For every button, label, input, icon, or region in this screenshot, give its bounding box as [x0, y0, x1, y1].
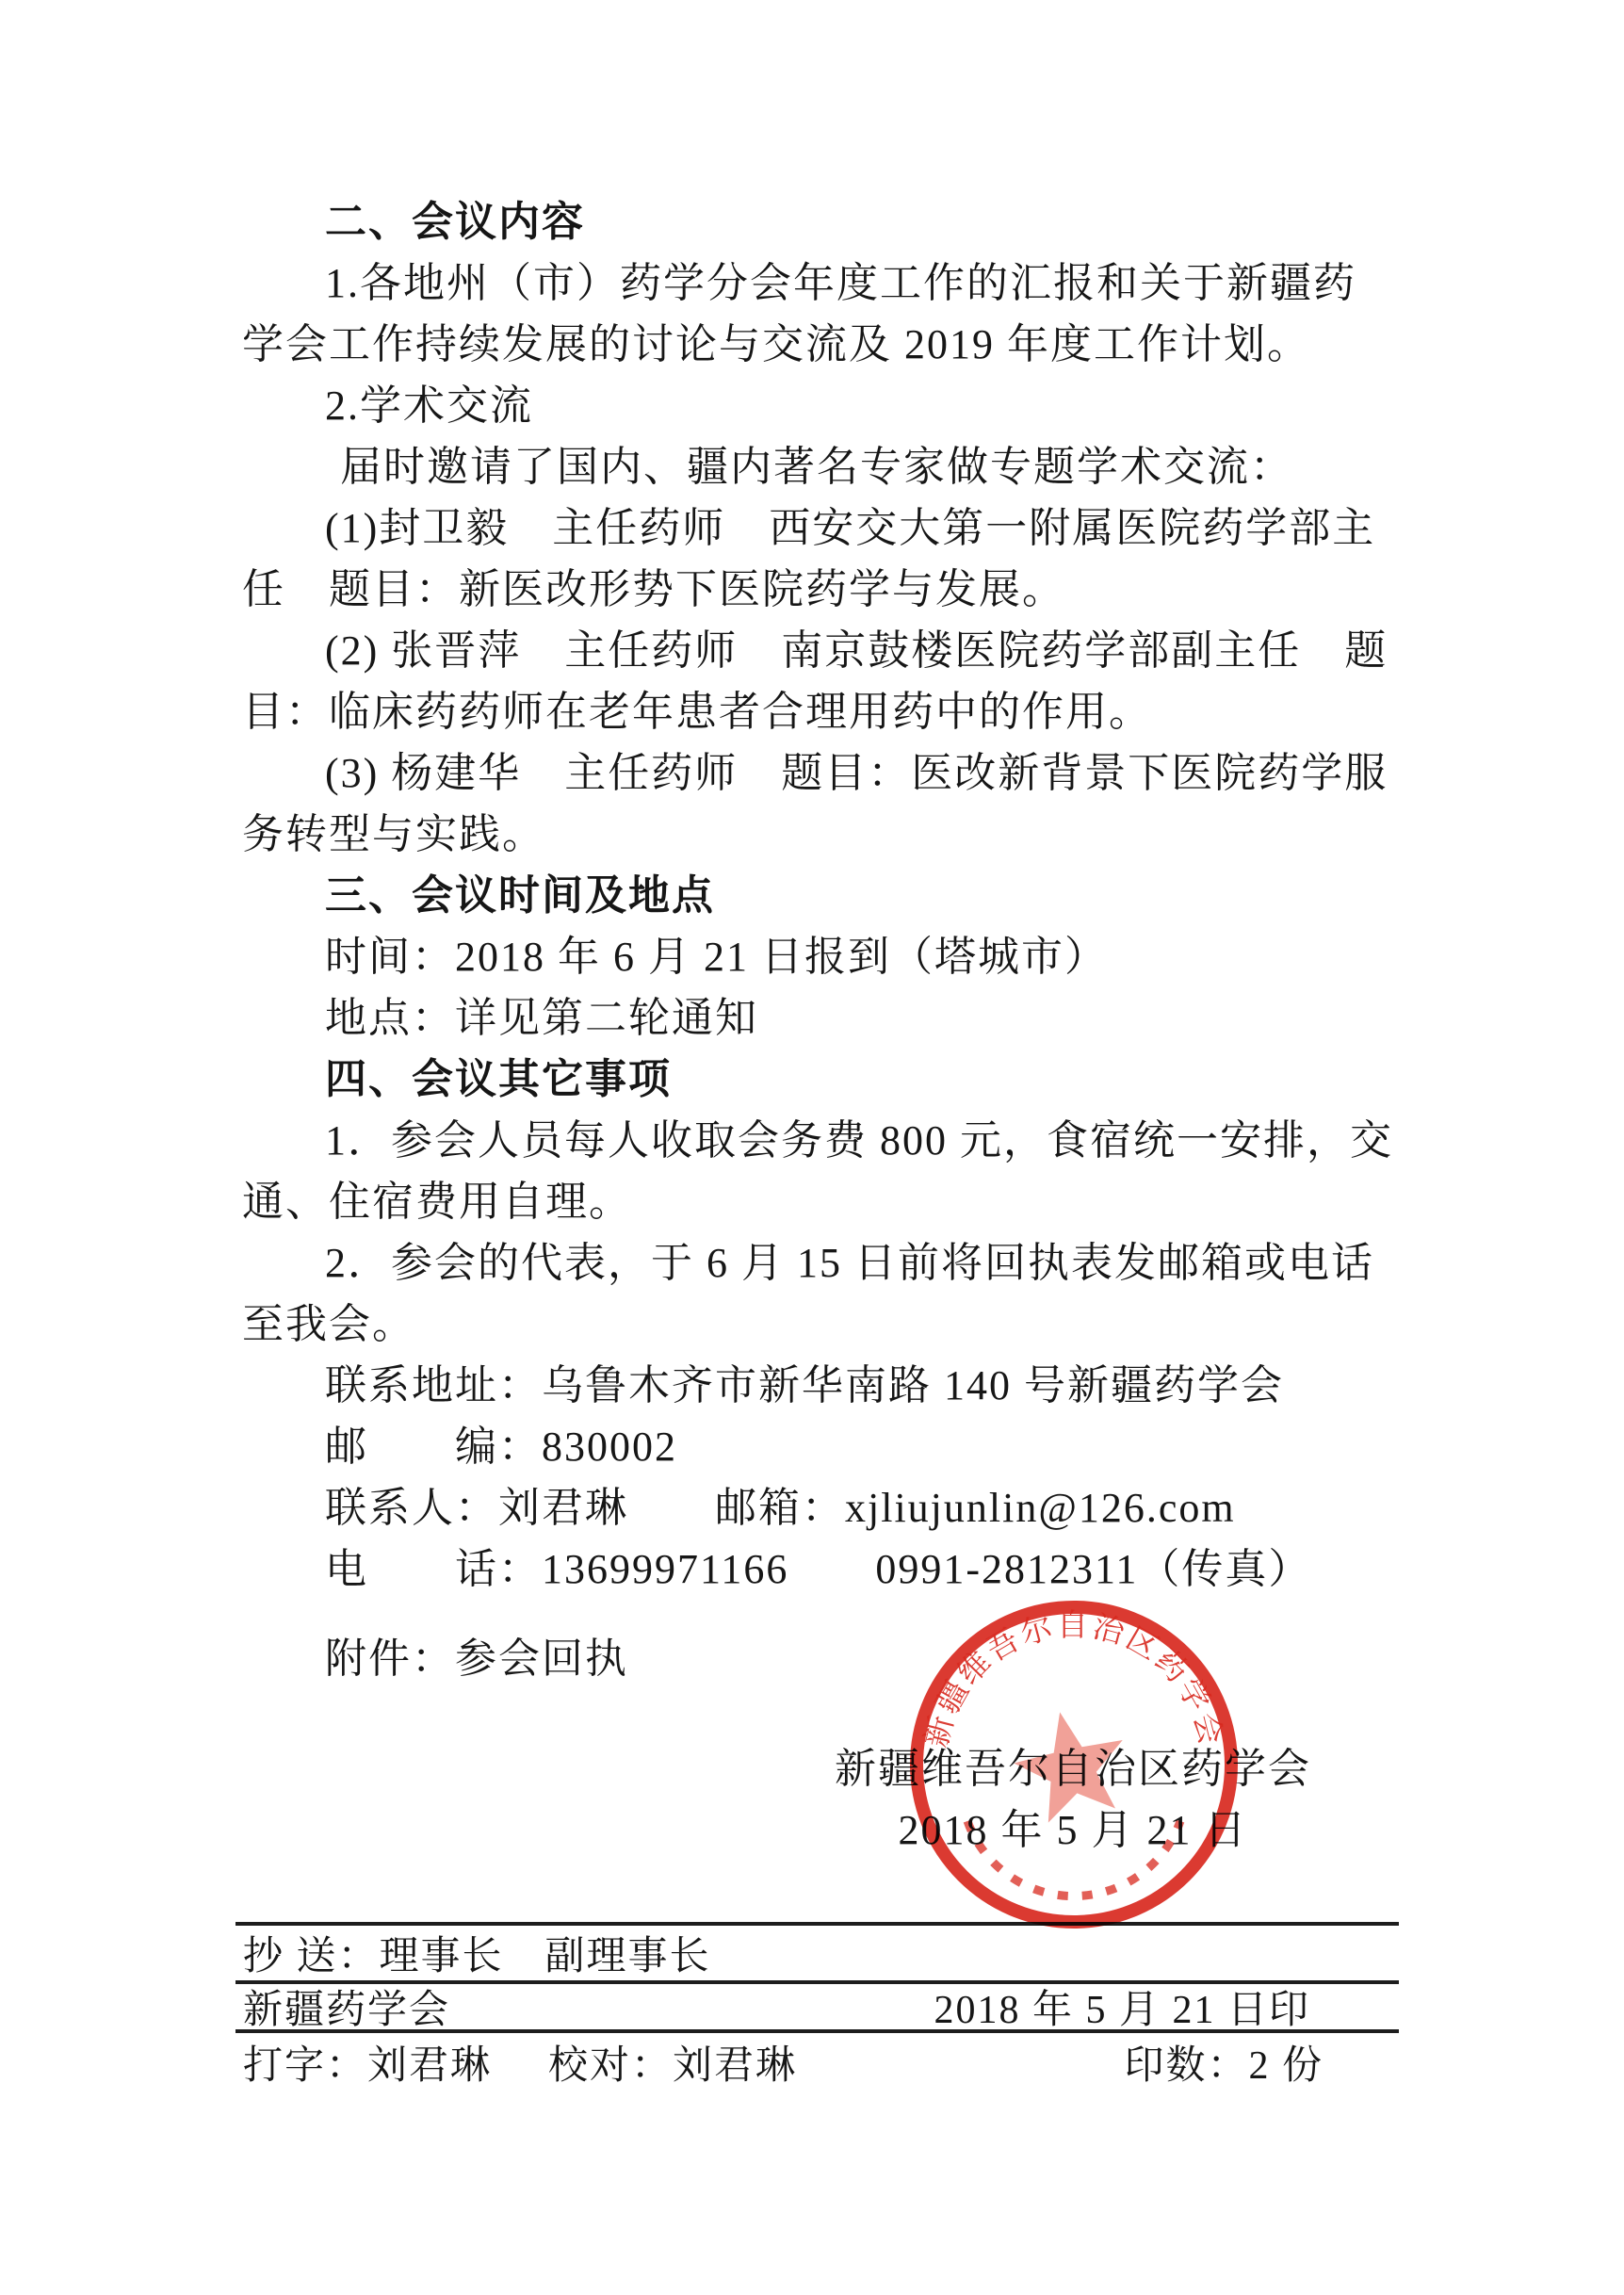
footer-typist: 打字：刘君琳 [243, 2044, 492, 2088]
footer-table: 抄 送：理事长 副理事长 新疆药学会 2018 年 5 月 21 日印 打字：刘… [235, 1922, 1399, 2092]
document-body: 二、会议内容 1.各地州（市）药学分会年度工作的汇报和关于新疆药 学会工作持续发… [242, 191, 1431, 1861]
footer-row-issuer: 新疆药学会 2018 年 5 月 21 日印 [235, 1980, 1399, 2029]
footer-row-typist: 打字：刘君琳校对：刘君琳 印数：2 份 [235, 2029, 1399, 2092]
doc-line: 1．参会人员每人收取会务费 800 元，食宿统一安排，交 [325, 1110, 1431, 1171]
phone-line: 电 话：13699971166 0991-2812311（传真） [325, 1538, 1431, 1600]
doc-line: 2.学术交流 [325, 375, 1431, 436]
signature-block: 新疆维吾尔自治区药学会 2018 年 5 月 21 日 [809, 1738, 1337, 1861]
doc-line: 学会工作持续发展的讨论与交流及 2019 年度工作计划。 [242, 314, 1431, 375]
contact-person-line: 联系人：刘君琳 邮箱：xjliujunlin@126.com [325, 1477, 1431, 1538]
footer-issuer: 新疆药学会 [243, 1978, 450, 2035]
doc-line: 务转型与实践。 [242, 804, 1431, 865]
signature-date: 2018 年 5 月 21 日 [809, 1799, 1337, 1861]
document-page: 二、会议内容 1.各地州（市）药学分会年度工作的汇报和关于新疆药 学会工作持续发… [0, 0, 1624, 2295]
footer-copy-to: 抄 送：理事长 副理事长 [243, 1925, 711, 1981]
footer-print-date: 2018 年 5 月 21 日印 [934, 1978, 1310, 2035]
doc-line: (2) 张晋萍 主任药师 南京鼓楼医院药学部副主任 题 [325, 620, 1431, 681]
doc-line: 至我会。 [242, 1294, 1431, 1355]
doc-line: 通、住宿费用自理。 [242, 1171, 1431, 1232]
doc-line: 地点：详见第二轮通知 [325, 987, 1431, 1049]
doc-line: (3) 杨建华 主任药师 题目：医改新背景下医院药学服 [325, 742, 1431, 804]
footer-row-copy-to: 抄 送：理事长 副理事长 [235, 1922, 1399, 1980]
doc-line: 任 题目：新医改形势下医院药学与发展。 [242, 559, 1431, 620]
doc-line: 2．参会的代表，于 6 月 15 日前将回执表发邮箱或电话 [325, 1232, 1431, 1294]
postal-code-line: 邮 编：830002 [325, 1416, 1431, 1477]
doc-line: 目：临床药药师在老年患者合理用药中的作用。 [242, 681, 1431, 742]
footer-typist-group: 打字：刘君琳校对：刘君琳 [243, 2034, 853, 2091]
doc-line: 1.各地州（市）药学分会年度工作的汇报和关于新疆药 [325, 252, 1431, 314]
footer-copies: 印数：2 份 [1124, 2034, 1324, 2091]
contact-address-line: 联系地址：乌鲁木齐市新华南路 140 号新疆药学会 [325, 1355, 1431, 1416]
section-heading-4: 四、会议其它事项 [325, 1049, 1431, 1110]
signature-org: 新疆维吾尔自治区药学会 [809, 1738, 1337, 1799]
section-heading-3: 三、会议时间及地点 [325, 865, 1431, 926]
footer-proofreader: 校对：刘君琳 [548, 2044, 797, 2088]
attachment-line: 附件：参会回执 [325, 1628, 1431, 1689]
doc-line: 时间：2018 年 6 月 21 日报到（塔城市） [325, 926, 1431, 987]
doc-line: (1)封卫毅 主任药师 西安交大第一附属医院药学部主 [325, 497, 1431, 559]
section-heading-2: 二、会议内容 [325, 191, 1431, 252]
doc-line: 届时邀请了国内、疆内著名专家做专题学术交流： [340, 436, 1431, 497]
